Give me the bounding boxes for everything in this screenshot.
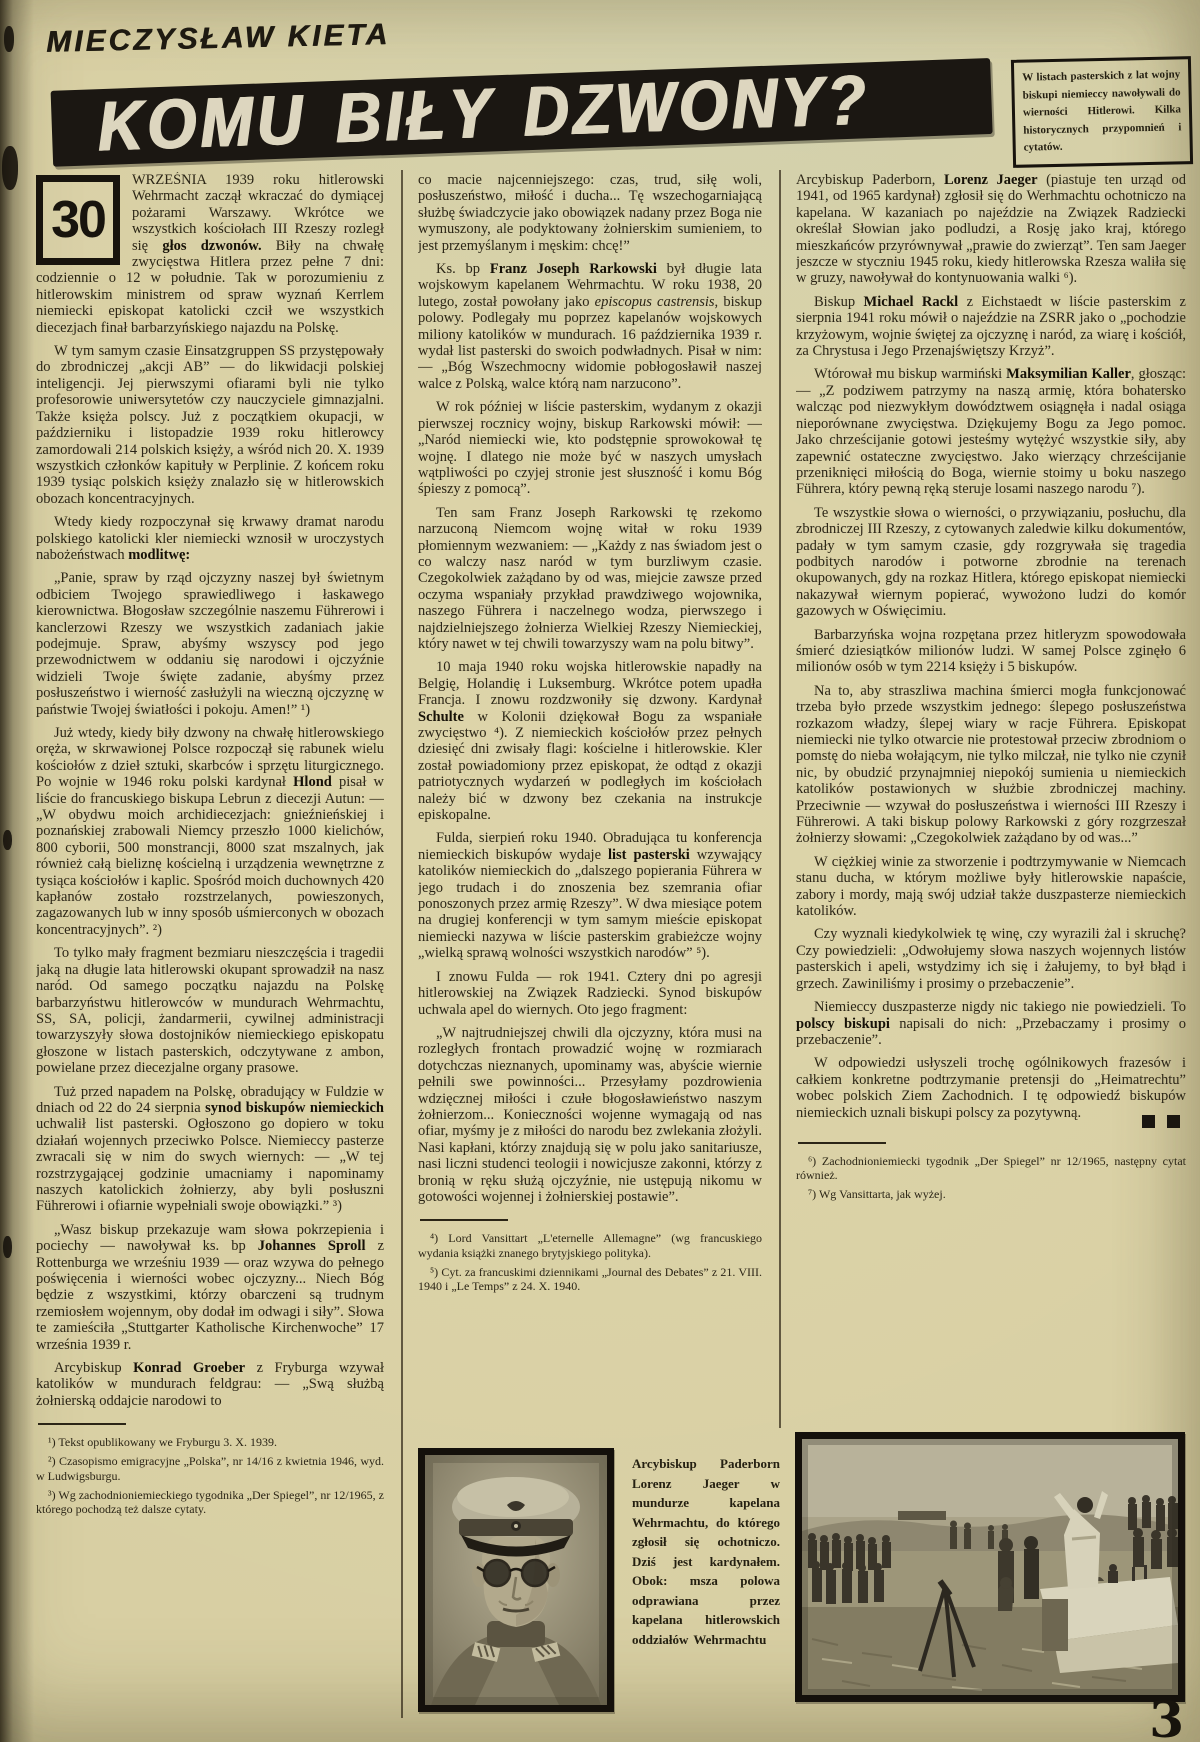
paragraph: Te wszystkie słowa o wierności, o przywi… [796,505,1186,620]
footnote: ¹) Tekst opublikowany we Fryburgu 3. X. … [36,1435,384,1449]
scan-artifact [4,26,14,52]
portrait-illustration [425,1455,607,1705]
paragraph: To tylko mały fragment bezmiaru nieszczę… [36,945,384,1076]
paragraph: Ks. bp Franz Joseph Rarkowski był długie… [418,261,762,392]
paragraph: co macie najcenniejszego: czas, trud, si… [418,172,762,254]
paragraph: Arcybiskup Konrad Groeber z Fryburga wzy… [36,1360,384,1409]
paragraph: Tuż przed napadem na Polskę, obradujący … [36,1084,384,1215]
paragraph: Wtedy kiedy rozpoczynał się krwawy drama… [36,514,384,563]
paragraph: „Wasz biskup przekazuje wam słowa pokrze… [36,1222,384,1353]
kneeling-figures [998,1577,1014,1611]
footnote: ⁵) Cyt. za francuskimi dziennikami „Jour… [418,1265,762,1293]
field-mass-illustration [802,1439,1178,1695]
author-byline: MIECZYSŁAW KIETA [46,18,391,60]
paragraph: W tym samym czasie Einsatzgruppen SS prz… [36,343,384,507]
headline: KOMU BIŁY DZWONY? [50,53,992,171]
paragraph: Arcybiskup Paderborn, Lorenz Jaeger (pia… [796,172,1186,287]
portrait-photo [418,1448,614,1712]
paragraph: Wtórował mu biskup warmiński Maksymilian… [796,366,1186,497]
footnote: ⁶) Zachodnioniemiecki tygodnik „Der Spie… [796,1154,1186,1182]
paragraph: W odpowiedzi usłyszeli trochę ogólnikowy… [796,1055,1186,1121]
column-1: 30 WRZEŚNIA 1939 roku hitlerowski Wehrma… [36,172,384,1521]
footnote: ³) Wg zachodnioniemieckiego tygodnika „D… [36,1488,384,1516]
paragraph: Biskup Michael Rackl z Eichstaedt w liśc… [796,294,1186,360]
footnote-rule [420,1219,508,1221]
newspaper-page: MIECZYSŁAW KIETA KOMU BIŁY DZWONY? W lis… [0,0,1200,1742]
column-divider [779,170,781,1428]
paragraph: Już wtedy, kiedy biły dzwony na chwałę h… [36,725,384,938]
paragraph: Ten sam Franz Joseph Rarkowski tę rzekom… [418,505,762,653]
paragraph: Niemieccy duszpasterze nigdy nic takiego… [796,999,1186,1048]
end-square [1167,1115,1180,1128]
scan-edge-shadow [0,0,34,1742]
paragraph: I znowu Fulda — rok 1941. Cztery dni po … [418,969,762,1018]
paragraph: „Panie, spraw by rząd ojczyzny naszej by… [36,570,384,718]
paragraph: W ciężkiej winie za stworzenie i podtrzy… [796,854,1186,920]
headline-bar: KOMU BIŁY DZWONY? [51,58,993,167]
column-3: Arcybiskup Paderborn, Lorenz Jaeger (pia… [796,172,1186,1207]
paragraph: 10 maja 1940 roku wojska hitlerowskie na… [418,659,762,823]
paragraph: W rok później w liście pasterskim, wydan… [418,399,762,497]
standfirst-box: W listach pasterskich z lat wojny biskup… [1011,56,1193,168]
dropcap-number: 30 [51,190,105,250]
scan-artifact [3,830,12,850]
footnote: ⁷) Wg Vansittarta, jak wyżej. [796,1187,1186,1201]
page-number: 3 [1149,1690,1184,1742]
footnote-rule [38,1423,126,1425]
paragraph: Fulda, sierpień roku 1940. Obradująca tu… [418,830,762,961]
column-divider [401,170,403,1718]
end-square [1142,1115,1155,1128]
paragraph: Czy wyznali kiedykolwiek tę winę, czy wy… [796,926,1186,992]
photo-caption: Arcybiskup Paderborn Lorenz Jaeger w mun… [632,1454,780,1649]
footnote: ⁴) Lord Vansittart „L'eternelle Allemagn… [418,1231,762,1259]
dropcap-box: 30 [36,175,120,265]
scan-artifact [3,1236,12,1258]
footnote: ²) Czasopismo emigracyjne „Polska”, nr 1… [36,1454,384,1482]
column-2: co macie najcenniejszego: czas, trud, si… [418,172,762,1298]
paragraph: Barbarzyńska wojna rozpętana przez hitle… [796,627,1186,676]
scan-artifact [2,146,18,190]
footnote-rule [798,1142,886,1144]
paragraph: „W najtrudniejszej chwili dla ojczyzny, … [418,1025,762,1205]
field-mass-photo [795,1432,1185,1702]
paragraph: Na to, aby straszliwa machina śmierci mo… [796,683,1186,847]
